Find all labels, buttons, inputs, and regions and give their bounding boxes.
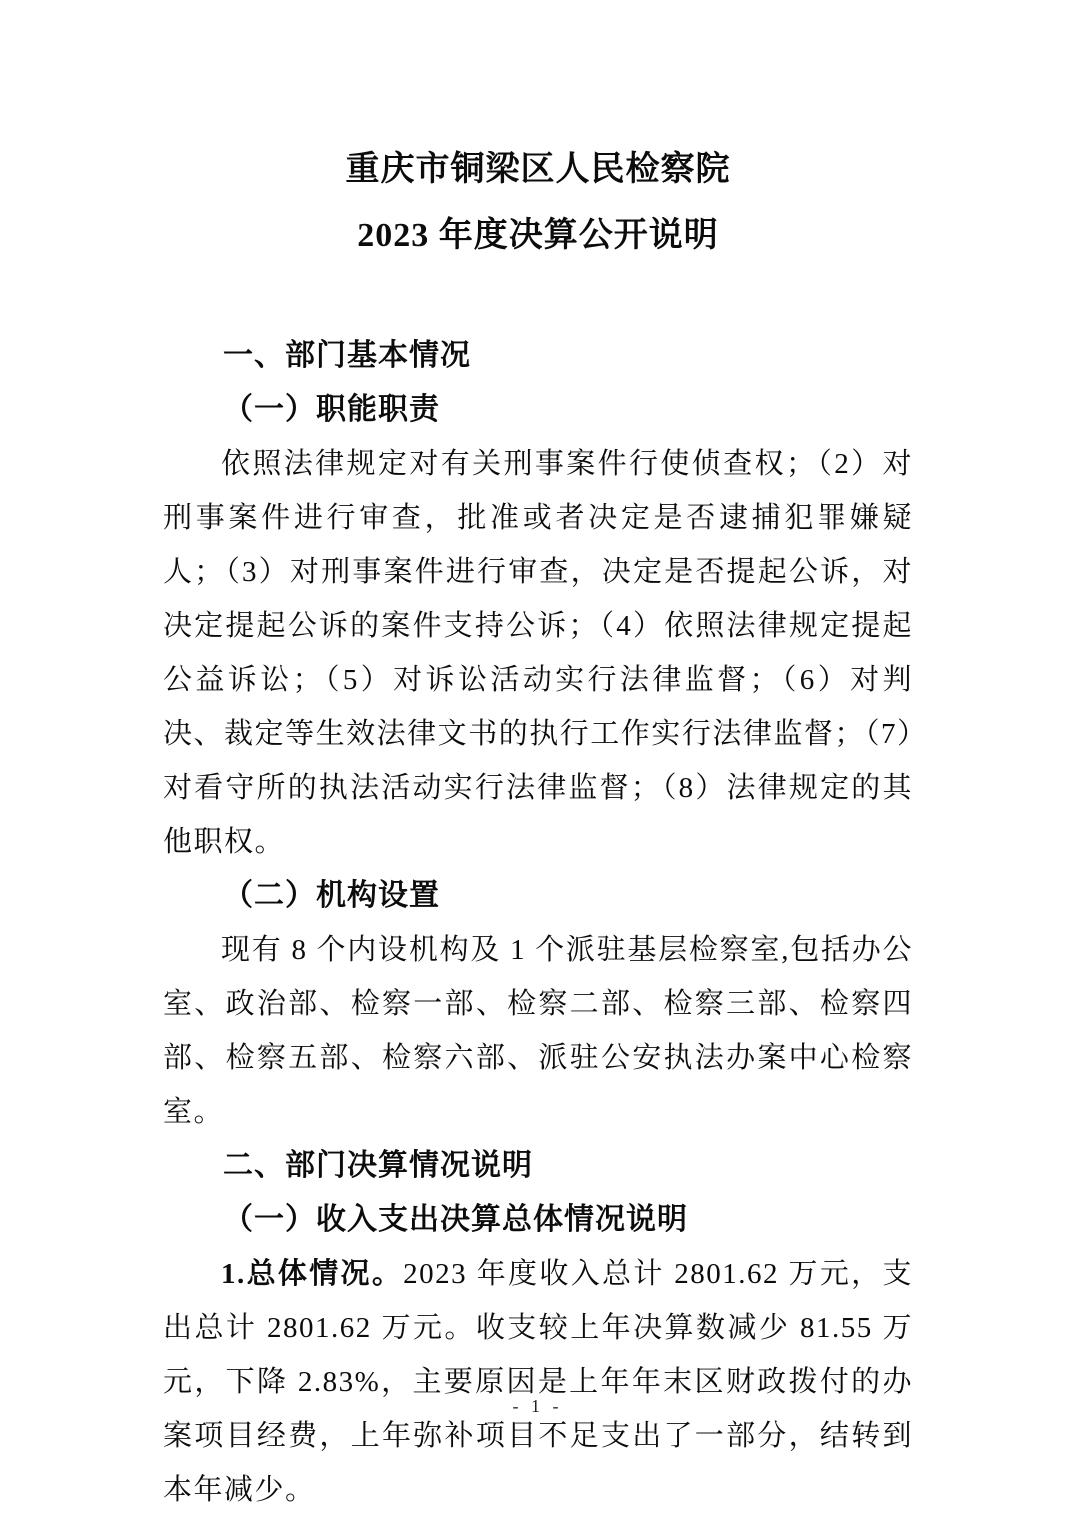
paragraph-duties: 依照法律规定对有关刑事案件行使侦查权；（2）对刑事案件进行审查，批准或者决定是否…: [163, 437, 913, 869]
page-number: - 1 -: [0, 1396, 1075, 1417]
document-title-line2: 2023 年度决算公开说明: [163, 203, 913, 269]
subsection-heading-duties: （一）职能职责: [163, 383, 913, 437]
paragraph-organization: 现有 8 个内设机构及 1 个派驻基层检察室,包括办公室、政治部、检察一部、检察…: [163, 923, 913, 1139]
document-page: 重庆市铜梁区人民检察院 2023 年度决算公开说明 一、部门基本情况 （一）职能…: [0, 0, 1075, 1520]
paragraph-overall-situation-text: 2023 年度收入总计 2801.62 万元，支出总计 2801.62 万元。收…: [163, 1258, 913, 1506]
paragraph-overall-situation: 1.总体情况。2023 年度收入总计 2801.62 万元，支出总计 2801.…: [163, 1247, 913, 1517]
paragraph-overall-situation-lead: 1.总体情况。: [221, 1258, 403, 1290]
document-body: 一、部门基本情况 （一）职能职责 依照法律规定对有关刑事案件行使侦查权；（2）对…: [163, 329, 913, 1517]
document-title-line1: 重庆市铜梁区人民检察院: [163, 137, 913, 203]
section-heading-basic-info: 一、部门基本情况: [163, 329, 913, 383]
subsection-heading-income-expenditure: （一）收入支出决算总体情况说明: [163, 1193, 913, 1247]
section-heading-final-accounts: 二、部门决算情况说明: [163, 1139, 913, 1193]
subsection-heading-organization: （二）机构设置: [163, 869, 913, 923]
